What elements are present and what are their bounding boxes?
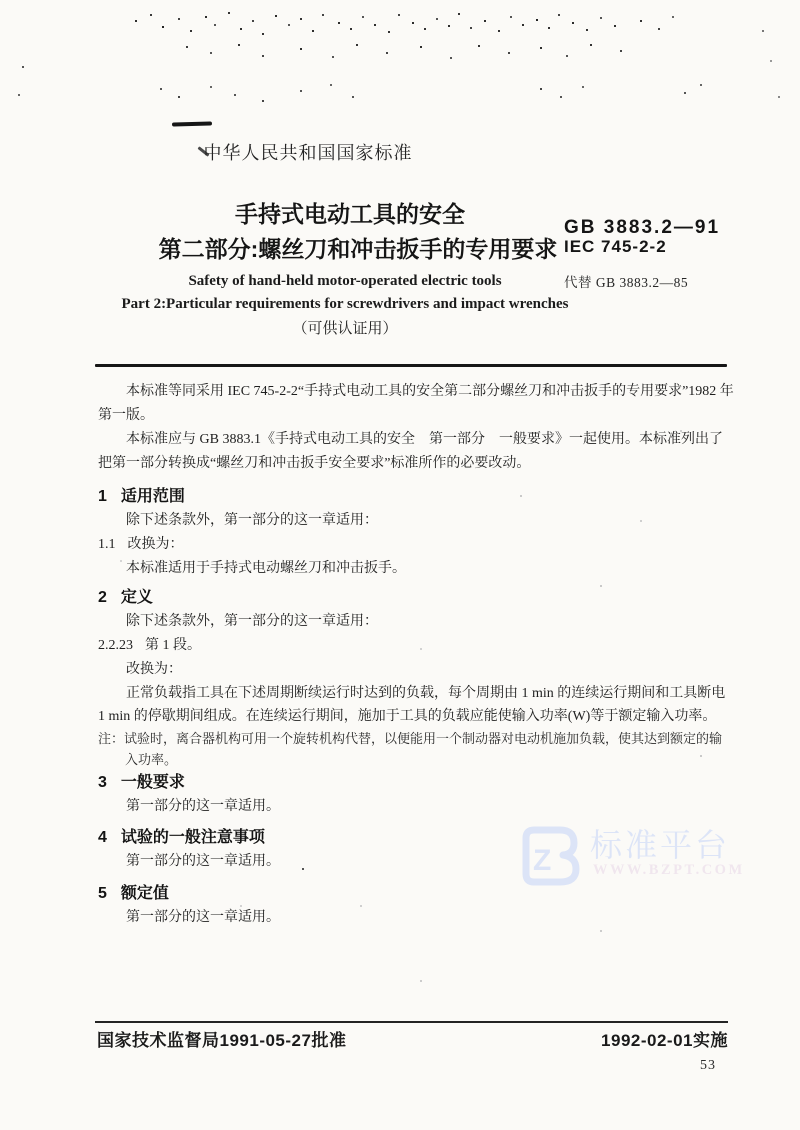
english-title-line1: Safety of hand-held motor-operated elect…	[50, 273, 640, 290]
section-1-line2: 本标准适用于手持式电动螺丝刀和冲击扳手。	[98, 557, 734, 581]
section-3-title: 一般要求	[121, 774, 185, 791]
header-divider	[95, 364, 727, 367]
clause-2-2-23-number: 2.2.23	[98, 634, 133, 658]
watermark-url: WWW.BZPT.COM	[593, 862, 745, 879]
clause-2-2-23: 2.2.23第 1 段。	[98, 634, 734, 658]
watermark: Z 标准平台 WWW.BZPT.COM	[518, 818, 738, 898]
clause-1-1: 1.1改换为：	[98, 533, 734, 557]
section-5-line1: 第一部分的这一章适用。	[98, 906, 734, 930]
standard-code-iec: IEC 745-2-2	[564, 238, 720, 256]
scan-dash-artifact	[172, 121, 212, 126]
section-4-title: 试验的一般注意事项	[121, 829, 265, 846]
footer: 国家技术监督局1991-05-27批准 1992-02-01实施	[97, 1026, 728, 1051]
section-2-number: 2	[98, 586, 107, 610]
intro-paragraph-1: 本标准等同采用 IEC 745-2-2“手持式电动工具的安全第二部分螺丝刀和冲击…	[98, 380, 734, 428]
intro-paragraph-2: 本标准应与 GB 3883.1《手持式电动工具的安全 第一部分 一般要求》一起使…	[98, 428, 734, 476]
page-number: 53	[700, 1058, 716, 1074]
certification-note: （可供认证用）	[50, 317, 640, 338]
section-1-title: 适用范围	[121, 488, 185, 505]
approval-text: 国家技术监督局1991-05-27批准	[97, 1026, 346, 1051]
clause-2-2-23-text: 第 1 段。	[145, 638, 201, 653]
english-title-line2: Part 2:Particular requirements for screw…	[50, 296, 640, 313]
bzpt-logo-icon: Z	[518, 822, 580, 890]
document-page: 中华人民共和国国家标准 手持式电动工具的安全 第二部分:螺丝刀和冲击扳手的专用要…	[0, 0, 800, 1130]
clause-1-1-number: 1.1	[98, 533, 116, 557]
section-4-number: 4	[98, 826, 107, 850]
section-2-line1: 除下述条款外，第一部分的这一章适用：	[98, 610, 734, 634]
section-2-line2: 改换为：	[98, 658, 734, 682]
section-1-number: 1	[98, 485, 107, 509]
section-3-heading: 3一般要求	[98, 771, 734, 795]
clause-1-1-text: 改换为：	[128, 537, 184, 552]
footer-divider	[95, 1021, 728, 1023]
standard-type-heading: 中华人民共和国国家标准	[0, 139, 616, 165]
implementation-text: 1992-02-01实施	[601, 1026, 728, 1051]
section-2-title: 定义	[121, 589, 153, 606]
scan-noise-light	[0, 0, 2, 2]
section-3-line1: 第一部分的这一章适用。	[98, 795, 734, 819]
section-5-number: 5	[98, 882, 107, 906]
watermark-name: 标准平台	[590, 820, 730, 866]
section-5-title: 额定值	[121, 885, 169, 902]
section-1-heading: 1适用范围	[98, 485, 734, 509]
section-3-number: 3	[98, 771, 107, 795]
section-2-heading: 2定义	[98, 586, 734, 610]
section-2-note: 注：试验时，离合器机构可用一个旋转机构代替，以便能用一个制动器对电动机施加负载，…	[98, 728, 734, 770]
section-1-line1: 除下述条款外，第一部分的这一章适用：	[98, 509, 734, 533]
standard-code-gb: GB 3883.2—91	[564, 218, 720, 238]
section-2-paragraph: 正常负载指工具在下述周期断续运行时达到的负载，每个周期由 1 min 的连续运行…	[98, 682, 734, 728]
svg-text:Z: Z	[533, 844, 551, 877]
